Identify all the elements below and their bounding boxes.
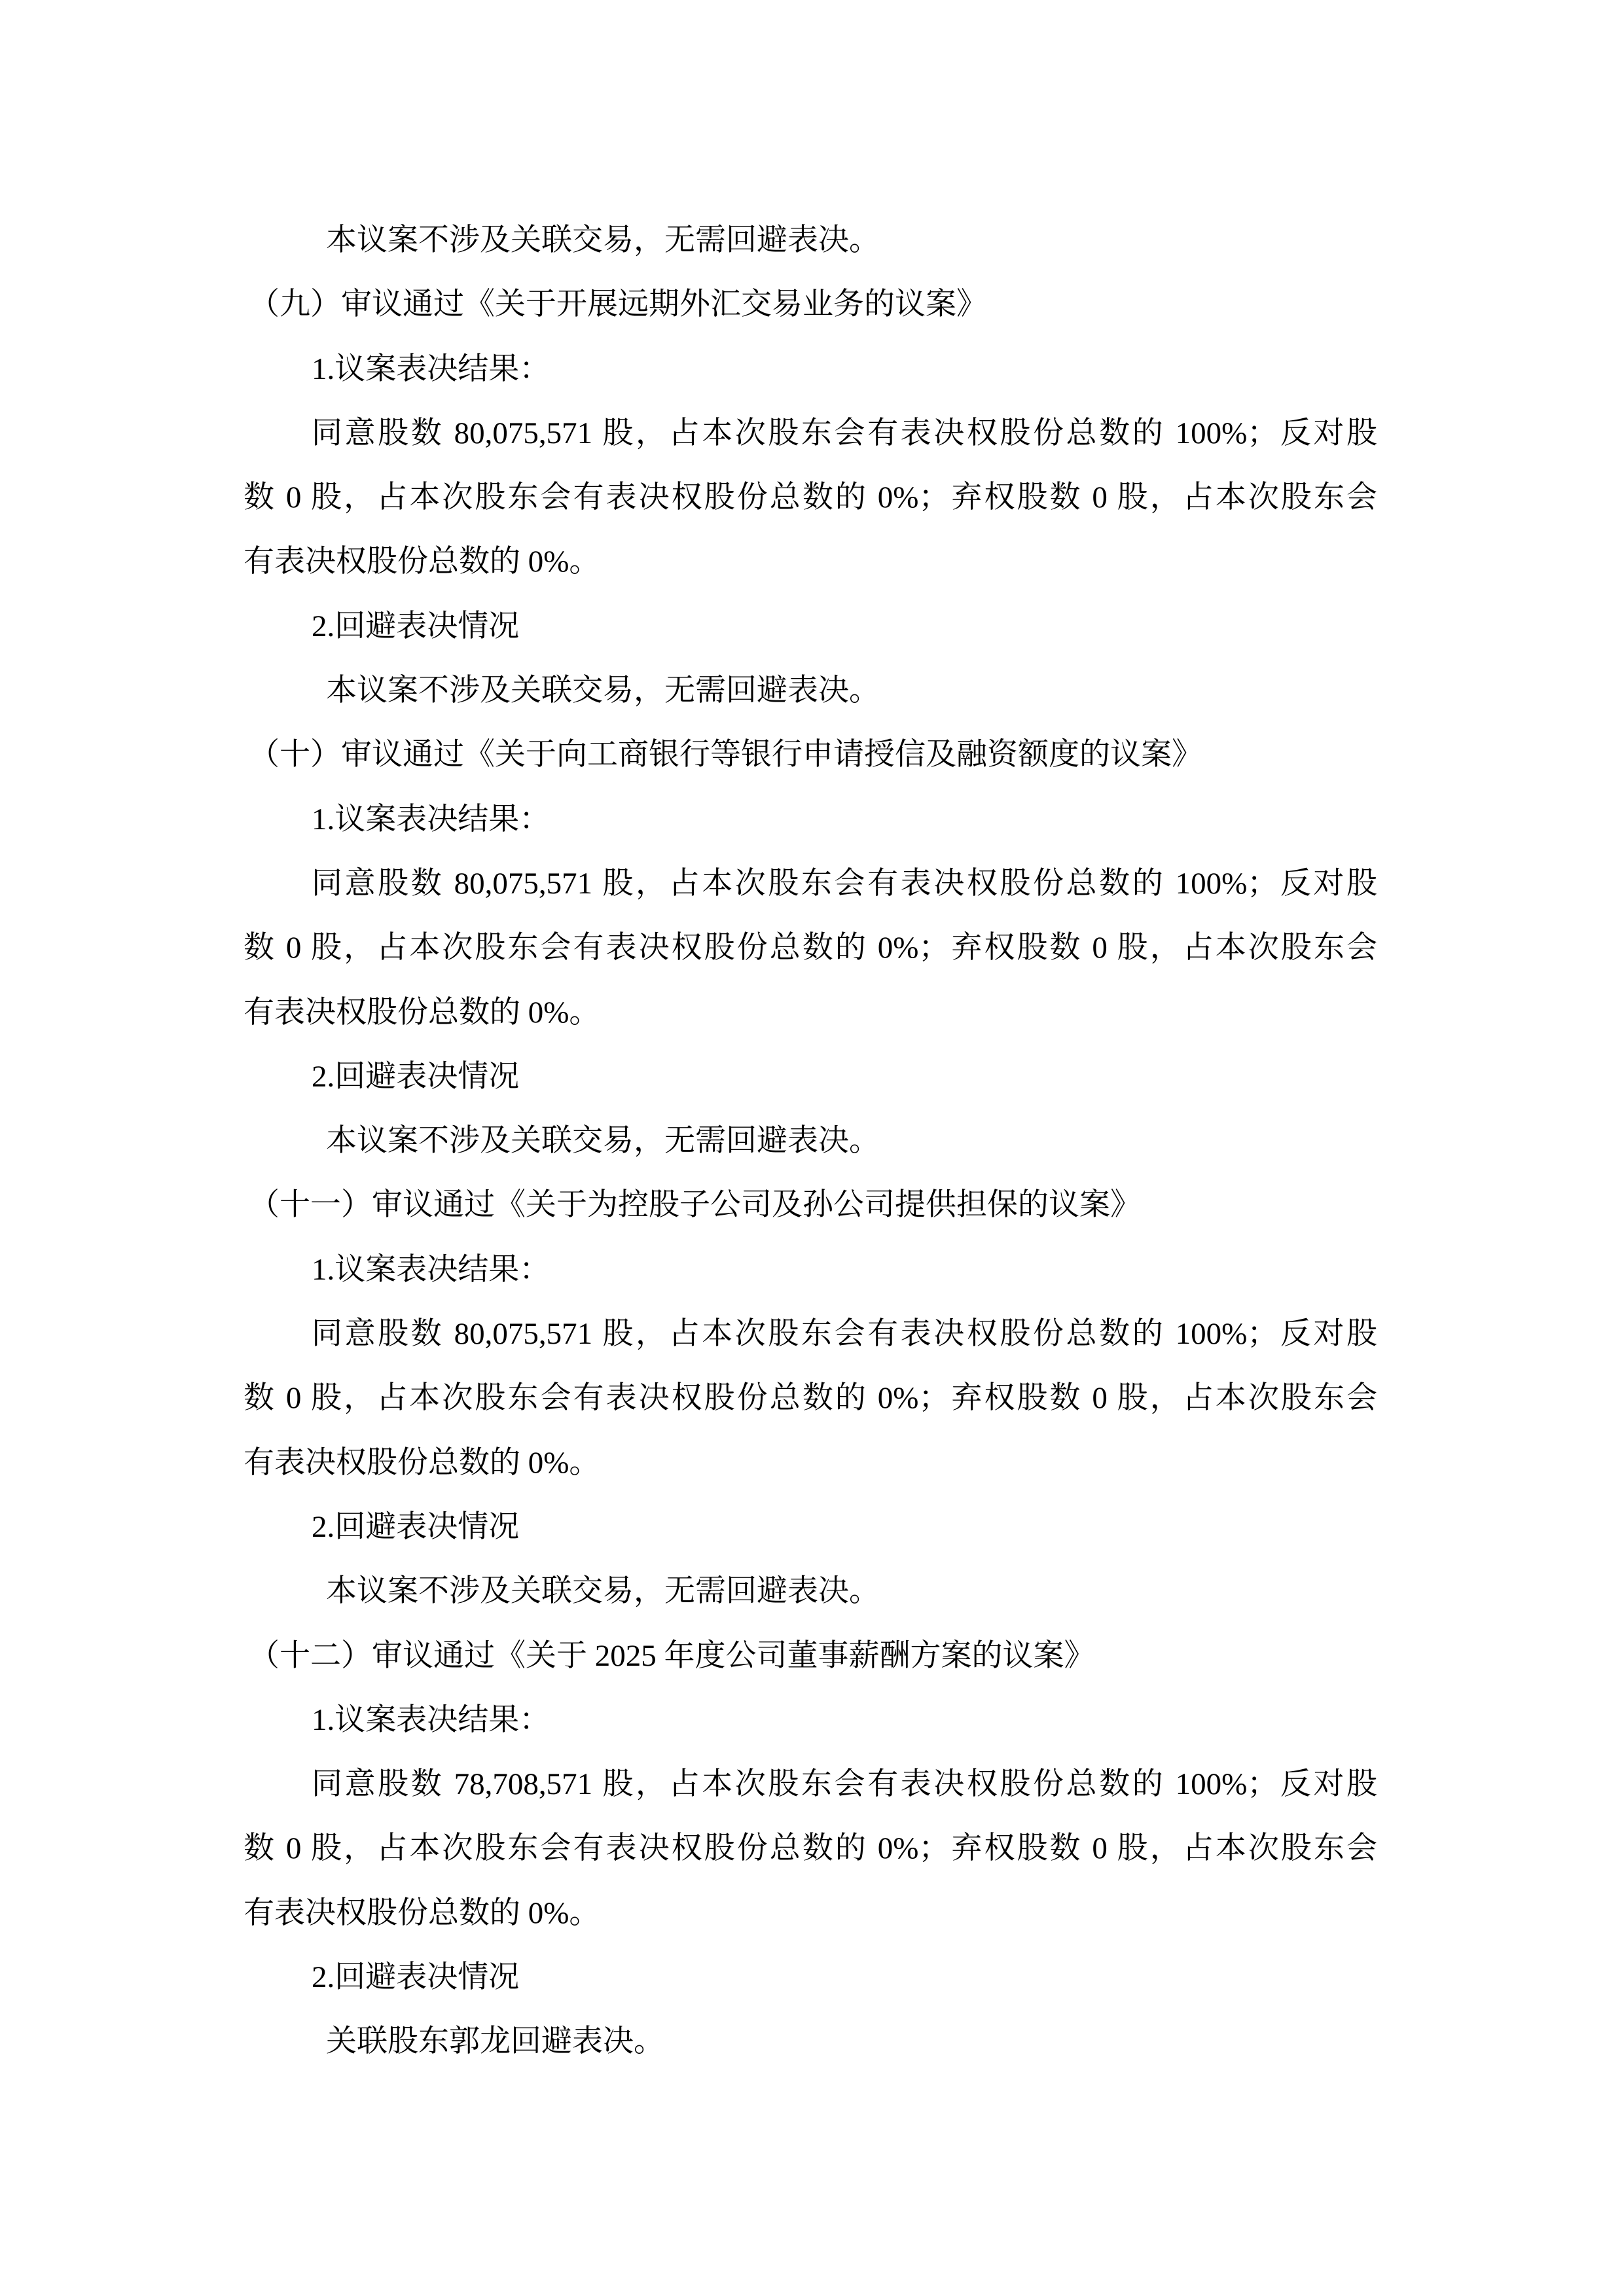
vote-result-line: 数 0 股，占本次股东会有表决权股份总数的 0%；弃权股数 0 股，占本次股东会 (244, 465, 1377, 529)
vote-result-line: 有表决权股份总数的 0%。 (244, 1881, 1377, 1945)
vote-result-line: 有表决权股份总数的 0%。 (244, 1431, 1377, 1495)
recusal-text: 本议案不涉及关联交易，无需回避表决。 (244, 1559, 1377, 1623)
resolution-section-9: （九）审议通过《关于开展远期外汇交易业务的议案》 1.议案表决结果： 同意股数 … (244, 272, 1377, 723)
vote-result-line: 数 0 股，占本次股东会有表决权股份总数的 0%；弃权股数 0 股，占本次股东会 (244, 1816, 1377, 1880)
section-heading: （十一）审议通过《关于为控股子公司及孙公司提供担保的议案》 (244, 1173, 1377, 1237)
vote-result-line: 有表决权股份总数的 0%。 (244, 980, 1377, 1045)
recusal-text: 关联股东郭龙回避表决。 (244, 2009, 1377, 2073)
document-page: 本议案不涉及关联交易，无需回避表决。 （九）审议通过《关于开展远期外汇交易业务的… (244, 208, 1377, 2074)
section-heading: （九）审议通过《关于开展远期外汇交易业务的议案》 (244, 272, 1377, 336)
vote-result-line: 同意股数 80,075,571 股，占本次股东会有表决权股份总数的 100%；反… (244, 401, 1377, 465)
vote-result-line: 同意股数 80,075,571 股，占本次股东会有表决权股份总数的 100%；反… (244, 1302, 1377, 1366)
vote-result-line: 数 0 股，占本次股东会有表决权股份总数的 0%；弃权股数 0 股，占本次股东会 (244, 916, 1377, 980)
recusal-text: 本议案不涉及关联交易，无需回避表决。 (244, 208, 1377, 272)
recusal-text: 本议案不涉及关联交易，无需回避表决。 (244, 658, 1377, 723)
resolution-section-10: （十）审议通过《关于向工商银行等银行申请授信及融资额度的议案》 1.议案表决结果… (244, 723, 1377, 1173)
resolution-section-12: （十二）审议通过《关于 2025 年度公司董事薪酬方案的议案》 1.议案表决结果… (244, 1624, 1377, 2074)
section-heading: （十）审议通过《关于向工商银行等银行申请授信及融资额度的议案》 (244, 723, 1377, 787)
recusal-text: 本议案不涉及关联交易，无需回避表决。 (244, 1109, 1377, 1173)
vote-result-line: 同意股数 78,708,571 股，占本次股东会有表决权股份总数的 100%；反… (244, 1752, 1377, 1816)
recusal-label: 2.回避表决情况 (244, 1945, 1377, 2009)
section-heading: （十二）审议通过《关于 2025 年度公司董事薪酬方案的议案》 (244, 1624, 1377, 1688)
recusal-label: 2.回避表决情况 (244, 1495, 1377, 1559)
recusal-label: 2.回避表决情况 (244, 1045, 1377, 1109)
vote-result-line: 同意股数 80,075,571 股，占本次股东会有表决权股份总数的 100%；反… (244, 852, 1377, 916)
result-label: 1.议案表决结果： (244, 787, 1377, 852)
recusal-label: 2.回避表决情况 (244, 594, 1377, 658)
result-label: 1.议案表决结果： (244, 337, 1377, 401)
result-label: 1.议案表决结果： (244, 1238, 1377, 1302)
vote-result-line: 数 0 股，占本次股东会有表决权股份总数的 0%；弃权股数 0 股，占本次股东会 (244, 1366, 1377, 1430)
result-label: 1.议案表决结果： (244, 1688, 1377, 1752)
resolution-section-11: （十一）审议通过《关于为控股子公司及孙公司提供担保的议案》 1.议案表决结果： … (244, 1173, 1377, 1623)
vote-result-line: 有表决权股份总数的 0%。 (244, 529, 1377, 594)
